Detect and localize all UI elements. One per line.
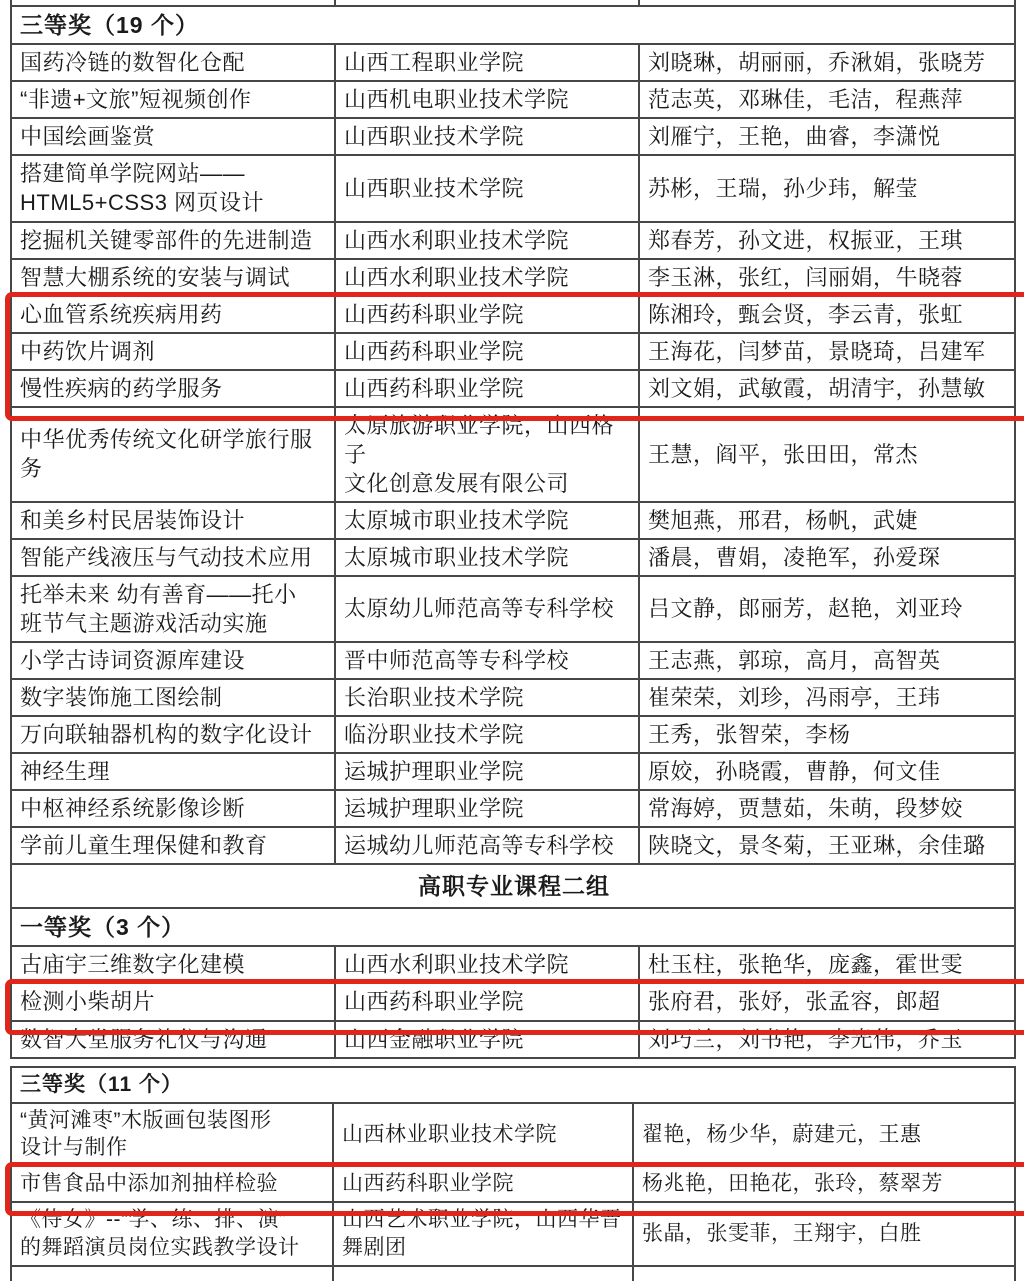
project-cell: 慢性疾病的药学服务	[11, 370, 335, 407]
award-row: 中枢神经系统影像诊断运城护理职业学院常海婷，贾慧茹，朱萌，段梦姣	[11, 790, 1015, 827]
award-row: 检测小柴胡片山西药科职业学院张府君，张妤，张孟容，郎超	[11, 983, 1015, 1020]
tier-header-row: 三等奖（19 个）	[11, 6, 1015, 44]
institution-cell: 山西职业技术学院	[335, 118, 639, 155]
tier-header-cell: 一等奖（3 个）	[11, 908, 1015, 946]
award-row: 小学古诗词资源库建设晋中师范高等专科学校王志燕，郭琼，高月，高智英	[11, 642, 1015, 679]
members-cell: 吕文静，郎丽芳，赵艳，刘亚玲	[639, 576, 1015, 642]
project-cell: 古庙宇三维数字化建模	[11, 946, 335, 983]
project-cell: 心血管系统疾病用药	[11, 296, 335, 333]
project-cell: 托举未来 幼有善育——托小 班节气主题游戏活动实施	[11, 576, 335, 642]
partial-row	[11, 1266, 1015, 1281]
award-row: 和美乡村民居装饰设计太原城市职业技术学院樊旭燕，邢君，杨帆，武婕	[11, 502, 1015, 539]
tier-header-cell: 三等奖（11 个）	[11, 1067, 1015, 1103]
award-row: 心血管系统疾病用药山西药科职业学院陈湘玲，甄会贤，李云青，张虹	[11, 296, 1015, 333]
members-cell: 范志英，邓琳佳，毛洁，程燕萍	[639, 81, 1015, 118]
award-row: 智能产线液压与气动技术应用太原城市职业技术学院潘晨，曹娟，凌艳军，孙爱琛	[11, 539, 1015, 576]
institution-cell: 山西金融职业学院	[335, 1021, 639, 1058]
project-cell: 中枢神经系统影像诊断	[11, 790, 335, 827]
award-row: 托举未来 幼有善育——托小 班节气主题游戏活动实施太原幼儿师范高等专科学校吕文静…	[11, 576, 1015, 642]
institution-cell: 山西林业职业技术学院	[333, 1103, 633, 1166]
awards-table-group-one: 三等奖（19 个）国药冷链的数智化仓配山西工程职业学院刘晓琳，胡丽丽，乔湫娟，张…	[10, 0, 1016, 1059]
institution-cell: 太原旅游职业学院，山西格子 文化创意发展有限公司	[335, 407, 639, 502]
project-cell: 和美乡村民居装饰设计	[11, 502, 335, 539]
members-cell: 崔荣荣，刘珍，冯雨亭，王玮	[639, 679, 1015, 716]
project-cell: “非遗+文旅”短视频创作	[11, 81, 335, 118]
group-header-cell: 高职专业课程二组	[11, 864, 1015, 908]
institution-cell: 山西水利职业技术学院	[335, 946, 639, 983]
members-cell: 刘文娟，武敏霞，胡清宇，孙慧敏	[639, 370, 1015, 407]
members-cell: 张晶，张雯菲，王翔宇，白胜	[633, 1202, 1015, 1265]
members-cell: 杨兆艳，田艳花，张玲，蔡翠芳	[633, 1166, 1015, 1202]
members-cell: 郑春芳，孙文进，权振亚，王琪	[639, 222, 1015, 259]
institution-cell: 临汾职业技术学院	[335, 716, 639, 753]
members-cell: 陈湘玲，甄会贤，李云青，张虹	[639, 296, 1015, 333]
institution-cell: 山西药科职业学院	[335, 333, 639, 370]
project-cell: 国药冷链的数智化仓配	[11, 44, 335, 81]
project-cell: 中国绘画鉴赏	[11, 118, 335, 155]
award-row: 市售食品中添加剂抽样检验山西药科职业学院杨兆艳，田艳花，张玲，蔡翠芳	[11, 1166, 1015, 1202]
awards-table-group-two-third-prize: 三等奖（11 个）“黄河滩枣”木版画包装图形 设计与制作山西林业职业技术学院翟艳…	[10, 1066, 1016, 1281]
project-cell: 《侍女》--“学、练、排、演” 的舞蹈演员岗位实践教学设计	[11, 1202, 333, 1265]
institution-cell: 山西机电职业技术学院	[335, 81, 639, 118]
institution-cell: 山西水利职业技术学院	[335, 259, 639, 296]
award-row: 中华优秀传统文化研学旅行服 务太原旅游职业学院，山西格子 文化创意发展有限公司王…	[11, 407, 1015, 502]
institution-cell: 晋中师范高等专科学校	[335, 642, 639, 679]
project-cell: 中药饮片调剂	[11, 333, 335, 370]
members-cell: 王志燕，郭琼，高月，高智英	[639, 642, 1015, 679]
institution-cell: 太原城市职业技术学院	[335, 539, 639, 576]
institution-cell: 山西艺术职业学院，山西华晋 舞剧团	[333, 1202, 633, 1265]
tier-header-row: 三等奖（11 个）	[11, 1067, 1015, 1103]
award-row: “非遗+文旅”短视频创作山西机电职业技术学院范志英，邓琳佳，毛洁，程燕萍	[11, 81, 1015, 118]
members-cell: 杜玉柱，张艳华，庞鑫，霍世雯	[639, 946, 1015, 983]
institution-cell: 山西药科职业学院	[335, 370, 639, 407]
project-cell: 智慧大棚系统的安装与调试	[11, 259, 335, 296]
award-row: 神经生理运城护理职业学院原姣，孙晓霞，曹静，何文佳	[11, 753, 1015, 790]
award-row: “黄河滩枣”木版画包装图形 设计与制作山西林业职业技术学院翟艳，杨少华，蔚建元，…	[11, 1103, 1015, 1166]
institution-cell: 长治职业技术学院	[335, 679, 639, 716]
institution-cell: 山西工程职业学院	[335, 44, 639, 81]
project-cell: 数智大堂服务礼仪与沟通	[11, 1021, 335, 1058]
project-cell: 小学古诗词资源库建设	[11, 642, 335, 679]
members-cell: 刘晓琳，胡丽丽，乔湫娟，张晓芳	[639, 44, 1015, 81]
members-cell: 苏彬，王瑞，孙少玮，解莹	[639, 155, 1015, 221]
project-cell: 神经生理	[11, 753, 335, 790]
institution-cell: 运城幼儿师范高等专科学校	[335, 827, 639, 864]
partial-cell	[333, 1266, 633, 1281]
members-cell: 王慧，阎平，张田田，常杰	[639, 407, 1015, 502]
members-cell: 樊旭燕，邢君，杨帆，武婕	[639, 502, 1015, 539]
institution-cell: 运城护理职业学院	[335, 790, 639, 827]
members-cell: 王海花，闫梦苗，景晓琦，吕建军	[639, 333, 1015, 370]
award-row: 搭建简单学院网站—— HTML5+CSS3 网页设计山西职业技术学院苏彬，王瑞，…	[11, 155, 1015, 221]
members-cell: 李玉淋，张红，闫丽娟，牛晓蓉	[639, 259, 1015, 296]
members-cell: 刘巧兰，刘书艳，李光伟，乔玉	[639, 1021, 1015, 1058]
document-page: 三等奖（19 个）国药冷链的数智化仓配山西工程职业学院刘晓琳，胡丽丽，乔湫娟，张…	[0, 0, 1024, 1281]
award-row: 国药冷链的数智化仓配山西工程职业学院刘晓琳，胡丽丽，乔湫娟，张晓芳	[11, 44, 1015, 81]
partial-cell	[11, 1266, 333, 1281]
members-cell: 王秀，张智荣，李杨	[639, 716, 1015, 753]
award-row: 万向联轴器机构的数字化设计临汾职业技术学院王秀，张智荣，李杨	[11, 716, 1015, 753]
project-cell: 万向联轴器机构的数字化设计	[11, 716, 335, 753]
award-row: 学前儿童生理保健和教育运城幼儿师范高等专科学校陕晓文，景冬菊，王亚琳，余佳璐	[11, 827, 1015, 864]
award-row: 慢性疾病的药学服务山西药科职业学院刘文娟，武敏霞，胡清宇，孙慧敏	[11, 370, 1015, 407]
members-cell: 陕晓文，景冬菊，王亚琳，余佳璐	[639, 827, 1015, 864]
members-cell: 刘雁宁，王艳，曲睿，李潇悦	[639, 118, 1015, 155]
award-row: 数字装饰施工图绘制长治职业技术学院崔荣荣，刘珍，冯雨亭，王玮	[11, 679, 1015, 716]
award-row: 挖掘机关键零部件的先进制造山西水利职业技术学院郑春芳，孙文进，权振亚，王琪	[11, 222, 1015, 259]
members-cell: 原姣，孙晓霞，曹静，何文佳	[639, 753, 1015, 790]
institution-cell: 山西药科职业学院	[335, 296, 639, 333]
institution-cell: 山西药科职业学院	[333, 1166, 633, 1202]
award-row: 中药饮片调剂山西药科职业学院王海花，闫梦苗，景晓琦，吕建军	[11, 333, 1015, 370]
award-row: 中国绘画鉴赏山西职业技术学院刘雁宁，王艳，曲睿，李潇悦	[11, 118, 1015, 155]
tier-header-cell: 三等奖（19 个）	[11, 6, 1015, 44]
project-cell: 学前儿童生理保健和教育	[11, 827, 335, 864]
project-cell: 搭建简单学院网站—— HTML5+CSS3 网页设计	[11, 155, 335, 221]
institution-cell: 运城护理职业学院	[335, 753, 639, 790]
award-row: 《侍女》--“学、练、排、演” 的舞蹈演员岗位实践教学设计山西艺术职业学院，山西…	[11, 1202, 1015, 1265]
institution-cell: 山西职业技术学院	[335, 155, 639, 221]
institution-cell: 山西水利职业技术学院	[335, 222, 639, 259]
group-header-row: 高职专业课程二组	[11, 864, 1015, 908]
project-cell: 市售食品中添加剂抽样检验	[11, 1166, 333, 1202]
awards-table-body: 三等奖（19 个）国药冷链的数智化仓配山西工程职业学院刘晓琳，胡丽丽，乔湫娟，张…	[11, 0, 1015, 1058]
members-cell: 潘晨，曹娟，凌艳军，孙爱琛	[639, 539, 1015, 576]
tier-header-row: 一等奖（3 个）	[11, 908, 1015, 946]
members-cell: 翟艳，杨少华，蔚建元，王惠	[633, 1103, 1015, 1166]
institution-cell: 太原幼儿师范高等专科学校	[335, 576, 639, 642]
project-cell: 智能产线液压与气动技术应用	[11, 539, 335, 576]
members-cell: 张府君，张妤，张孟容，郎超	[639, 983, 1015, 1020]
project-cell: 检测小柴胡片	[11, 983, 335, 1020]
project-cell: “黄河滩枣”木版画包装图形 设计与制作	[11, 1103, 333, 1166]
project-cell: 数字装饰施工图绘制	[11, 679, 335, 716]
institution-cell: 太原城市职业技术学院	[335, 502, 639, 539]
award-row: 智慧大棚系统的安装与调试山西水利职业技术学院李玉淋，张红，闫丽娟，牛晓蓉	[11, 259, 1015, 296]
project-cell: 挖掘机关键零部件的先进制造	[11, 222, 335, 259]
award-row: 数智大堂服务礼仪与沟通山西金融职业学院刘巧兰，刘书艳，李光伟，乔玉	[11, 1021, 1015, 1058]
institution-cell: 山西药科职业学院	[335, 983, 639, 1020]
partial-cell	[633, 1266, 1015, 1281]
members-cell: 常海婷，贾慧茹，朱萌，段梦姣	[639, 790, 1015, 827]
award-row: 古庙宇三维数字化建模山西水利职业技术学院杜玉柱，张艳华，庞鑫，霍世雯	[11, 946, 1015, 983]
awards-table-body: 三等奖（11 个）“黄河滩枣”木版画包装图形 设计与制作山西林业职业技术学院翟艳…	[11, 1067, 1015, 1281]
project-cell: 中华优秀传统文化研学旅行服 务	[11, 407, 335, 502]
